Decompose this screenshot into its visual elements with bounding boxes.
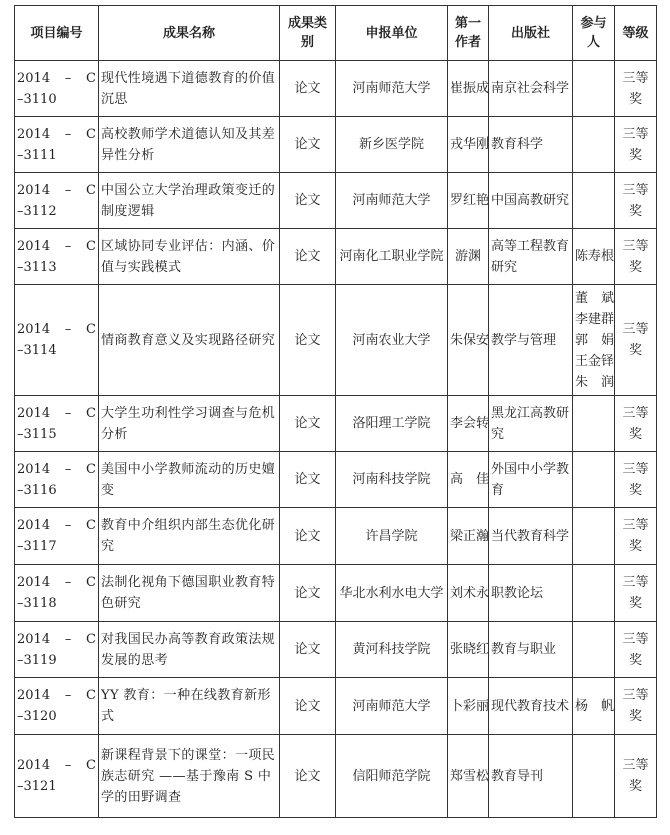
project-id-part: – [65, 180, 72, 201]
header-first-author: 第一 作者 [448, 6, 489, 61]
cell-title: 现代性境遇下道德教育的价值沉思 [99, 61, 280, 117]
project-id-part: – [65, 629, 72, 650]
cell-first-author: 刘术永 [448, 565, 489, 622]
cell-publisher: 教育科学 [489, 117, 573, 173]
project-id-line1: 2014–C [17, 515, 96, 536]
cell-first-author: 张晓红 [448, 622, 489, 678]
project-id-part: C [86, 459, 96, 480]
project-id-part: – [65, 319, 72, 340]
project-id-part: C [86, 755, 96, 776]
cell-grade: 三等奖 [615, 61, 657, 117]
cell-participants: 陈寿根 [573, 229, 615, 285]
project-id-line2: –3115 [17, 424, 96, 445]
cell-grade: 三等奖 [615, 452, 657, 508]
table-row: 2014–C–3121新课程背景下的课堂：一项民族志研究 ——基于豫南 S 中学… [15, 735, 657, 818]
cell-category: 论文 [280, 508, 336, 565]
project-id-part: – [65, 459, 72, 480]
cell-participants [573, 173, 615, 229]
cell-title: 教育中介组织内部生态优化研究 [99, 508, 280, 565]
header-unit: 申报单位 [336, 6, 448, 61]
cell-category: 论文 [280, 622, 336, 678]
cell-participants [573, 508, 615, 565]
cell-unit: 河南师范大学 [336, 61, 448, 117]
cell-project-id: 2014–C–3118 [15, 565, 99, 622]
cell-category: 论文 [280, 173, 336, 229]
project-id-part: – [65, 685, 72, 706]
project-id-line1: 2014–C [17, 68, 96, 89]
participant-name: 王金铎 [575, 351, 612, 372]
project-id-part: – [65, 515, 72, 536]
project-id-line2: –3118 [17, 593, 96, 614]
cell-unit: 河南科技学院 [336, 452, 448, 508]
cell-participants [573, 452, 615, 508]
project-id-part: C [86, 403, 96, 424]
header-title: 成果名称 [99, 6, 280, 61]
cell-grade: 三等奖 [615, 229, 657, 285]
table-row: 2014–C–3117教育中介组织内部生态优化研究论文许昌学院梁正瀚当代教育科学… [15, 508, 657, 565]
header-id: 项目编号 [15, 6, 99, 61]
cell-title: 情商教育意义及实现路径研究 [99, 285, 280, 396]
project-id-part: – [65, 755, 72, 776]
cell-publisher: 现代教育技术 [489, 678, 573, 735]
cell-unit: 洛阳理工学院 [336, 396, 448, 452]
cell-grade: 三等奖 [615, 622, 657, 678]
cell-grade: 三等奖 [615, 565, 657, 622]
cell-participants [573, 61, 615, 117]
cell-publisher: 教育导刊 [489, 735, 573, 818]
project-id-line1: 2014–C [17, 236, 96, 257]
cell-grade: 三等奖 [615, 173, 657, 229]
cell-category: 论文 [280, 285, 336, 396]
project-id-line2: –3121 [17, 776, 96, 797]
cell-first-author: 李会转 [448, 396, 489, 452]
awards-table: 项目编号 成果名称 成果类别 申报单位 第一 作者 出版社 参与人 等级 201… [14, 5, 657, 818]
project-id-part: C [86, 124, 96, 145]
project-id-line1: 2014–C [17, 755, 96, 776]
cell-project-id: 2014–C–3112 [15, 173, 99, 229]
project-id-part: 2014 [17, 124, 50, 145]
cell-publisher: 黑龙江高教研究 [489, 396, 573, 452]
project-id-line2: –3117 [17, 536, 96, 557]
cell-first-author: 崔振成 [448, 61, 489, 117]
cell-unit: 河南农业大学 [336, 285, 448, 396]
cell-project-id: 2014–C–3114 [15, 285, 99, 396]
header-row: 项目编号 成果名称 成果类别 申报单位 第一 作者 出版社 参与人 等级 [15, 6, 657, 61]
table-row: 2014–C–3116美国中小学教师流动的历史嬗变论文河南科技学院高 佳外国中小… [15, 452, 657, 508]
cell-project-id: 2014–C–3110 [15, 61, 99, 117]
project-id-part: 2014 [17, 629, 50, 650]
participant-name: 朱 润 [575, 372, 612, 393]
cell-first-author: 梁正瀚 [448, 508, 489, 565]
cell-participants [573, 622, 615, 678]
cell-publisher: 外国中小学教育 [489, 452, 573, 508]
cell-participants [573, 565, 615, 622]
table-row: 2014–C–3120YY 教育：一种在线教育新形式论文河南师范大学卜彩丽现代教… [15, 678, 657, 735]
header-first-author-line1: 第一 [450, 14, 486, 33]
project-id-line1: 2014–C [17, 319, 96, 340]
project-id-line1: 2014–C [17, 459, 96, 480]
project-id-part: C [86, 68, 96, 89]
cell-project-id: 2014–C–3111 [15, 117, 99, 173]
cell-publisher: 南京社会科学 [489, 61, 573, 117]
project-id-part: 2014 [17, 459, 50, 480]
participant-name: 杨 帆 [575, 696, 612, 717]
cell-first-author: 卜彩丽 [448, 678, 489, 735]
cell-grade: 三等奖 [615, 117, 657, 173]
table-row: 2014–C–3115大学生功利性学习调查与危机分析论文洛阳理工学院李会转黑龙江… [15, 396, 657, 452]
project-id-part: C [86, 685, 96, 706]
project-id-part: 2014 [17, 180, 50, 201]
cell-project-id: 2014–C–3121 [15, 735, 99, 818]
project-id-line1: 2014–C [17, 403, 96, 424]
project-id-part: – [65, 68, 72, 89]
cell-title: 中国公立大学治理政策变迁的制度逻辑 [99, 173, 280, 229]
cell-title: 法制化视角下德国职业教育特色研究 [99, 565, 280, 622]
cell-project-id: 2014–C–3120 [15, 678, 99, 735]
project-id-part: – [65, 236, 72, 257]
cell-first-author: 朱保安 [448, 285, 489, 396]
project-id-line2: –3114 [17, 340, 96, 361]
project-id-part: 2014 [17, 755, 50, 776]
cell-title: 大学生功利性学习调查与危机分析 [99, 396, 280, 452]
cell-category: 论文 [280, 452, 336, 508]
header-category: 成果类别 [280, 6, 336, 61]
cell-participants [573, 396, 615, 452]
cell-publisher: 教学与管理 [489, 285, 573, 396]
cell-participants [573, 117, 615, 173]
cell-unit: 信阳师范学院 [336, 735, 448, 818]
project-id-part: C [86, 572, 96, 593]
table-row: 2014–C–3119对我国民办高等教育政策法规发展的思考论文黄河科技学院张晓红… [15, 622, 657, 678]
project-id-part: C [86, 180, 96, 201]
cell-unit: 河南师范大学 [336, 678, 448, 735]
participant-name: 郭 娟 [575, 330, 612, 351]
cell-unit: 河南化工职业学院 [336, 229, 448, 285]
table-body: 2014–C–3110现代性境遇下道德教育的价值沉思论文河南师范大学崔振成南京社… [15, 61, 657, 818]
header-grade: 等级 [615, 6, 657, 61]
cell-first-author: 高 佳 [448, 452, 489, 508]
project-id-line1: 2014–C [17, 629, 96, 650]
cell-first-author: 戎华刚 [448, 117, 489, 173]
project-id-line2: –3113 [17, 257, 96, 278]
project-id-line2: –3112 [17, 201, 96, 222]
cell-publisher: 当代教育科学 [489, 508, 573, 565]
project-id-line1: 2014–C [17, 685, 96, 706]
cell-first-author: 游渊 [448, 229, 489, 285]
cell-unit: 新乡医学院 [336, 117, 448, 173]
project-id-part: 2014 [17, 68, 50, 89]
project-id-part: 2014 [17, 236, 50, 257]
cell-grade: 三等奖 [615, 678, 657, 735]
table-row: 2014–C–3112中国公立大学治理政策变迁的制度逻辑论文河南师范大学罗红艳中… [15, 173, 657, 229]
cell-project-id: 2014–C–3119 [15, 622, 99, 678]
cell-publisher: 教育与职业 [489, 622, 573, 678]
project-id-part: C [86, 236, 96, 257]
project-id-part: 2014 [17, 319, 50, 340]
cell-title: 新课程背景下的课堂：一项民族志研究 ——基于豫南 S 中学的田野调查 [99, 735, 280, 818]
cell-grade: 三等奖 [615, 396, 657, 452]
project-id-line2: –3116 [17, 480, 96, 501]
cell-category: 论文 [280, 565, 336, 622]
project-id-part: C [86, 629, 96, 650]
cell-unit: 华北水利水电大学 [336, 565, 448, 622]
cell-project-id: 2014–C–3117 [15, 508, 99, 565]
cell-publisher: 高等工程教育研究 [489, 229, 573, 285]
project-id-part: C [86, 515, 96, 536]
table-row: 2014–C–3111高校教师学术道德认知及其差异性分析论文新乡医学院戎华刚教育… [15, 117, 657, 173]
table-row: 2014–C–3113区域协同专业评估：内涵、价值与实践模式论文河南化工职业学院… [15, 229, 657, 285]
project-id-part: 2014 [17, 515, 50, 536]
project-id-line2: –3110 [17, 89, 96, 110]
cell-participants [573, 735, 615, 818]
cell-project-id: 2014–C–3115 [15, 396, 99, 452]
cell-category: 论文 [280, 396, 336, 452]
project-id-part: – [65, 403, 72, 424]
cell-category: 论文 [280, 117, 336, 173]
cell-publisher: 职教论坛 [489, 565, 573, 622]
project-id-line1: 2014–C [17, 572, 96, 593]
cell-unit: 许昌学院 [336, 508, 448, 565]
project-id-line1: 2014–C [17, 124, 96, 145]
project-id-part: 2014 [17, 403, 50, 424]
cell-unit: 黄河科技学院 [336, 622, 448, 678]
header-participants: 参与人 [573, 6, 615, 61]
project-id-part: 2014 [17, 685, 50, 706]
cell-participants: 董 斌李建群郭 娟王金铎朱 润 [573, 285, 615, 396]
cell-category: 论文 [280, 229, 336, 285]
cell-title: 高校教师学术道德认知及其差异性分析 [99, 117, 280, 173]
header-first-author-line2: 作者 [450, 33, 486, 52]
cell-category: 论文 [280, 678, 336, 735]
cell-title: YY 教育：一种在线教育新形式 [99, 678, 280, 735]
cell-title: 美国中小学教师流动的历史嬗变 [99, 452, 280, 508]
table-row: 2014–C–3114情商教育意义及实现路径研究论文河南农业大学朱保安教学与管理… [15, 285, 657, 396]
cell-grade: 三等奖 [615, 735, 657, 818]
header-publisher: 出版社 [489, 6, 573, 61]
cell-grade: 三等奖 [615, 285, 657, 396]
cell-first-author: 罗红艳 [448, 173, 489, 229]
table-row: 2014–C–3110现代性境遇下道德教育的价值沉思论文河南师范大学崔振成南京社… [15, 61, 657, 117]
participant-name: 李建群 [575, 309, 612, 330]
project-id-part: – [65, 124, 72, 145]
cell-title: 对我国民办高等教育政策法规发展的思考 [99, 622, 280, 678]
cell-category: 论文 [280, 61, 336, 117]
cell-grade: 三等奖 [615, 508, 657, 565]
project-id-line2: –3111 [17, 145, 96, 166]
project-id-line2: –3120 [17, 706, 96, 727]
cell-participants: 杨 帆 [573, 678, 615, 735]
participant-name: 陈寿根 [575, 246, 612, 267]
cell-category: 论文 [280, 735, 336, 818]
cell-project-id: 2014–C–3116 [15, 452, 99, 508]
project-id-line2: –3119 [17, 650, 96, 671]
table-row: 2014–C–3118法制化视角下德国职业教育特色研究论文华北水利水电大学刘术永… [15, 565, 657, 622]
project-id-part: – [65, 572, 72, 593]
cell-project-id: 2014–C–3113 [15, 229, 99, 285]
project-id-line1: 2014–C [17, 180, 96, 201]
cell-unit: 河南师范大学 [336, 173, 448, 229]
cell-title: 区域协同专业评估：内涵、价值与实践模式 [99, 229, 280, 285]
cell-first-author: 郑雪松 [448, 735, 489, 818]
project-id-part: 2014 [17, 572, 50, 593]
cell-publisher: 中国高教研究 [489, 173, 573, 229]
participant-name: 董 斌 [575, 288, 612, 309]
project-id-part: C [86, 319, 96, 340]
